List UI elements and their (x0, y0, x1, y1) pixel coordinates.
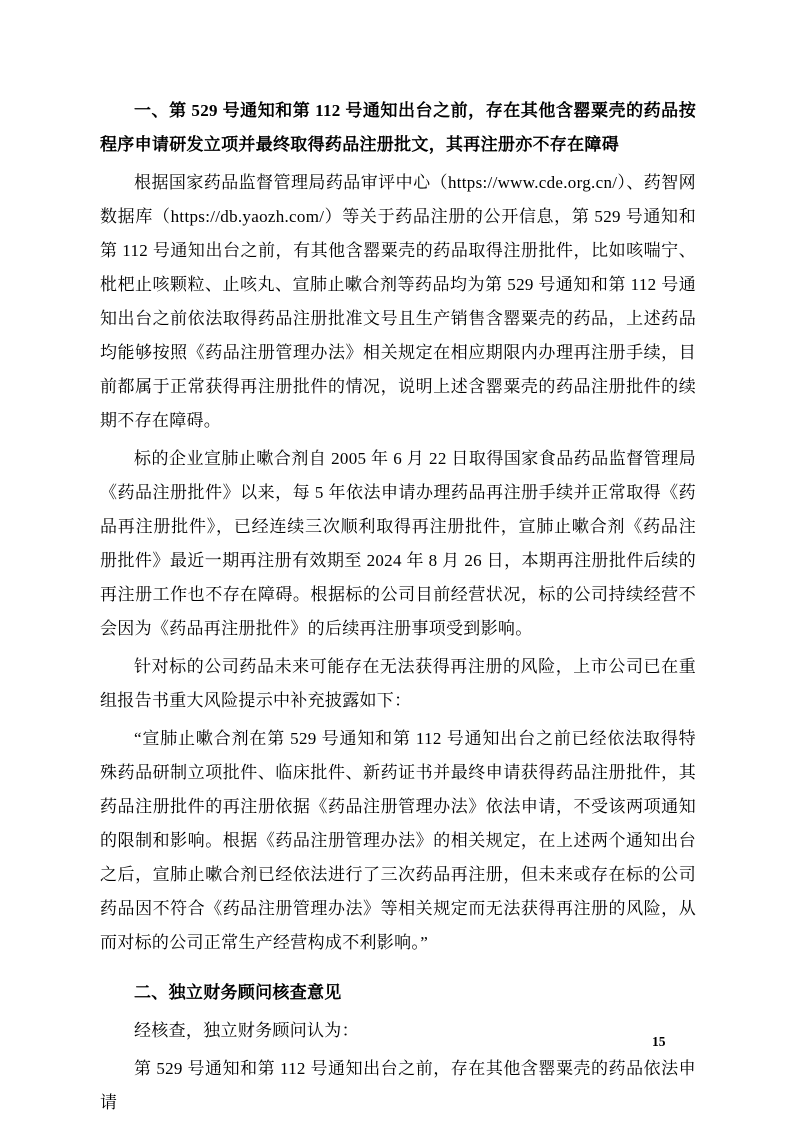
document-content: 一、第 529 号通知和第 112 号通知出台之前，存在其他含罂粟壳的药品按程序… (100, 94, 696, 1122)
section-2-paragraph-1: 经核查，独立财务顾问认为： (100, 1014, 696, 1048)
section-1-heading: 一、第 529 号通知和第 112 号通知出台之前，存在其他含罂粟壳的药品按程序… (100, 94, 696, 162)
document-page: 一、第 529 号通知和第 112 号通知出台之前，存在其他含罂粟壳的药品按程序… (0, 0, 793, 1122)
section-1-paragraph-3: 针对标的公司药品未来可能存在无法获得再注册的风险，上市公司已在重组报告书重大风险… (100, 650, 696, 718)
section-2-paragraph-2: 第 529 号通知和第 112 号通知出台之前，存在其他含罂粟壳的药品依法申请 (100, 1052, 696, 1120)
page-number: 15 (652, 1034, 666, 1050)
section-1-quote-paragraph: “宣肺止嗽合剂在第 529 号通知和第 112 号通知出台之前已经依法取得特殊药… (100, 722, 696, 960)
section-2-heading: 二、独立财务顾问核查意见 (100, 976, 696, 1010)
section-1-paragraph-2: 标的企业宣肺止嗽合剂自 2005 年 6 月 22 日取得国家食品药品监督管理局… (100, 442, 696, 646)
section-1-paragraph-1: 根据国家药品监督管理局药品审评中心（https://www.cde.org.cn… (100, 166, 696, 438)
